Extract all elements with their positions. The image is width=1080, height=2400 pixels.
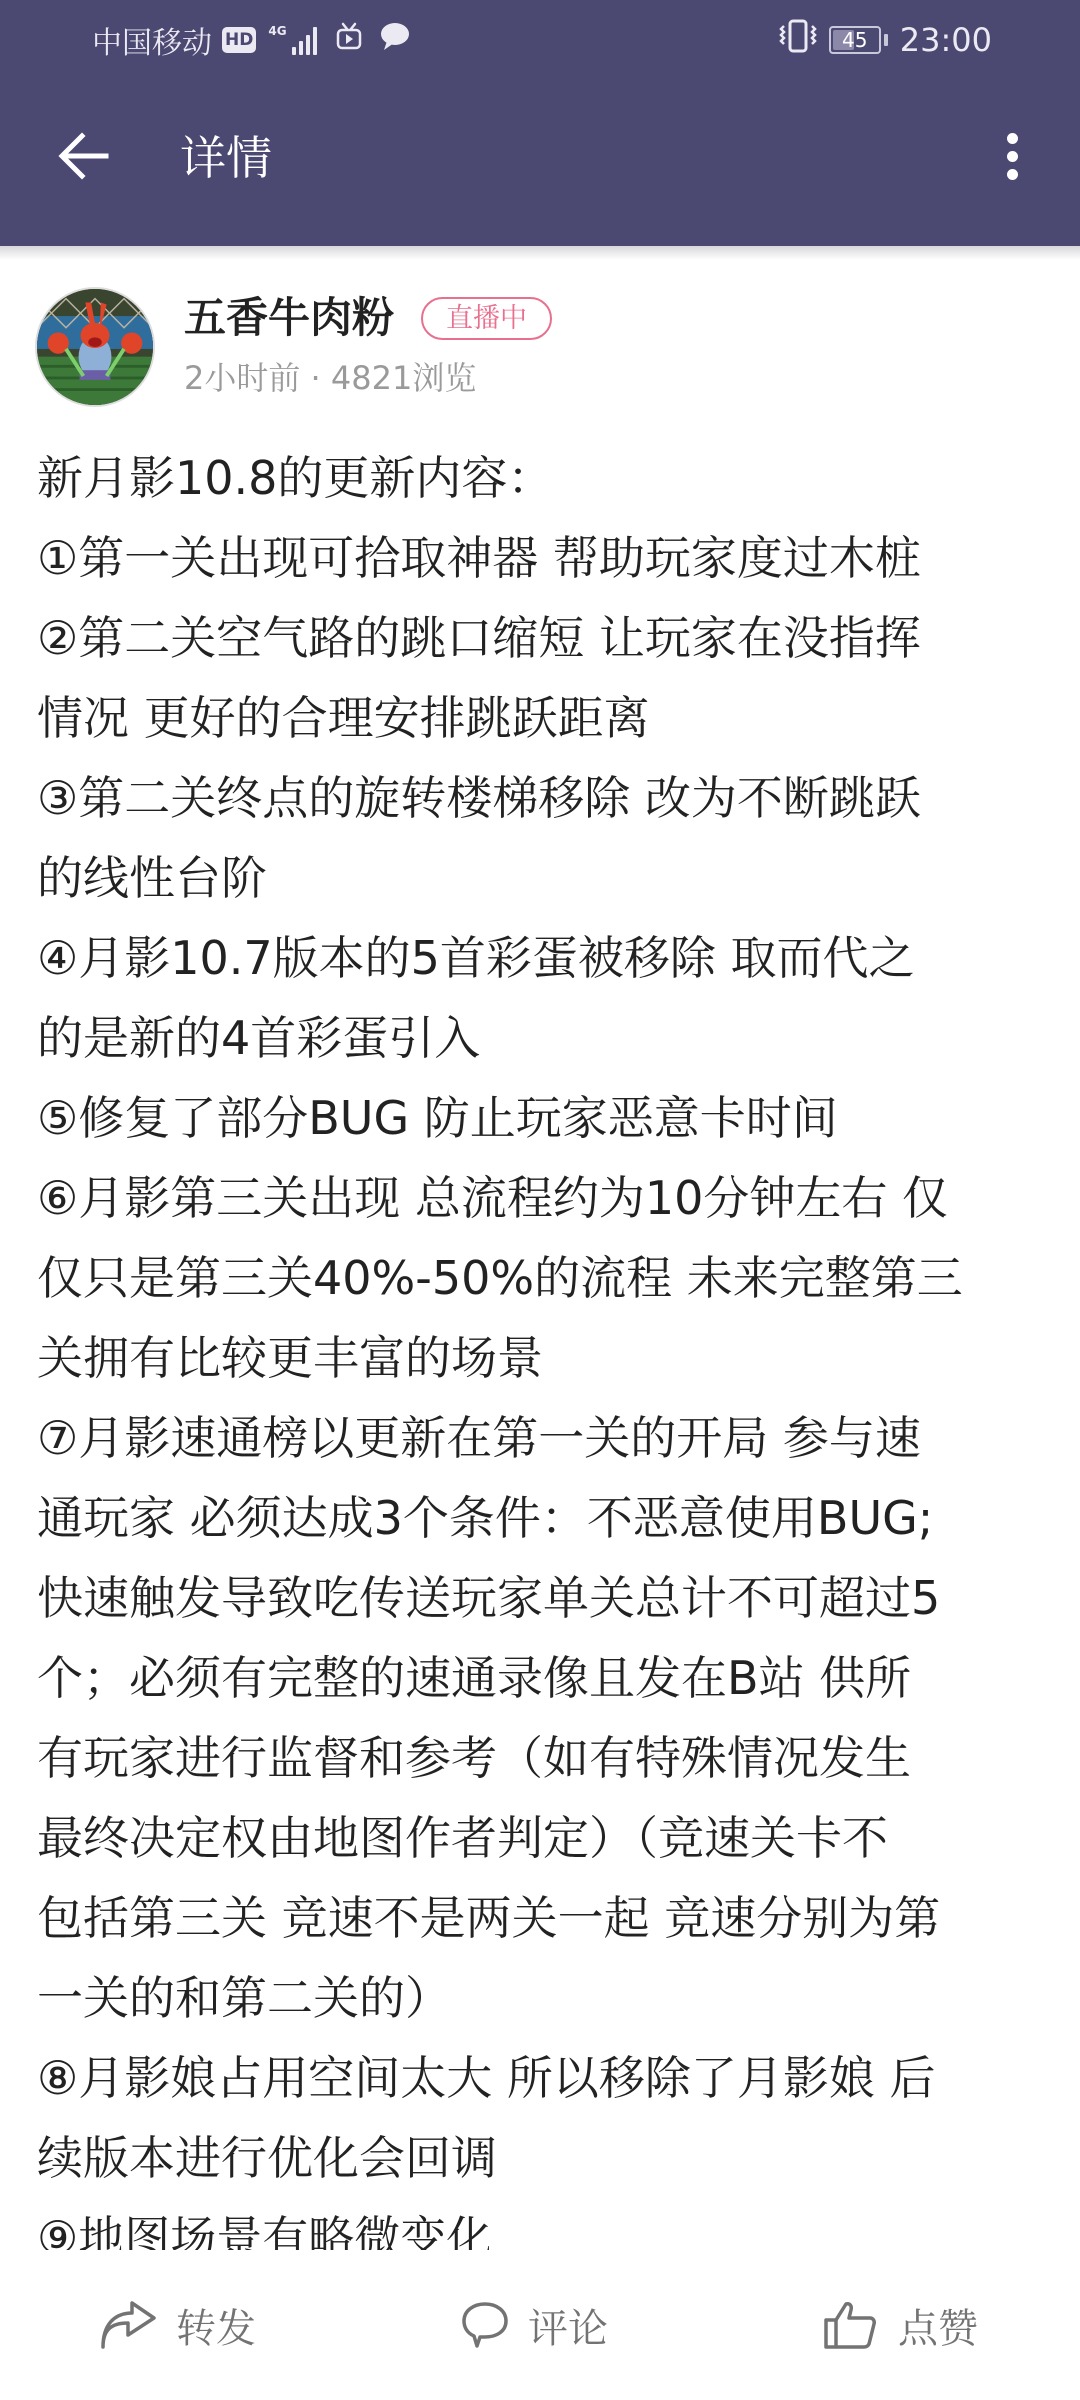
signal-icon: 4G [268, 25, 317, 55]
post-line: 的线性台阶 [37, 838, 1047, 918]
carrier-name: 中国移动 [92, 18, 212, 62]
author-name[interactable]: 五香牛肉粉 [184, 290, 394, 346]
author-header: 五香牛肉粉 直播中 2小时前 · 4821浏览 [0, 270, 1080, 420]
status-bar: 中国移动 HD 4G [0, 0, 1080, 80]
status-bar-right: 45 23:00 [779, 20, 992, 60]
post-line: 的是新的4首彩蛋引入 [37, 998, 1047, 1078]
like-label: 点赞 [898, 2297, 978, 2354]
post-body: 新月影10.8的更新内容： ①第一关出现可拾取神器 帮助玩家度过木桩 ②第二关空… [37, 438, 1047, 2250]
like-button[interactable]: 点赞 [822, 2300, 978, 2350]
post-time: 2小时前 [184, 359, 300, 397]
post-line: ⑨地图场景有略微变化 [37, 2198, 1047, 2250]
avatar[interactable] [35, 287, 155, 407]
post-line: ②第二关空气路的跳口缩短 让玩家在没指挥 [37, 598, 1047, 678]
post-line: 包括第三关 竞速不是两关一起 竞速分别为第 [37, 1878, 1047, 1958]
vibrate-icon [779, 18, 817, 62]
arrow-left-icon [58, 132, 110, 180]
post-line: ①第一关出现可拾取神器 帮助玩家度过木桩 [37, 518, 1047, 598]
hd-icon: HD [222, 27, 256, 53]
header-shadow [0, 246, 1080, 260]
comment-icon [460, 2300, 510, 2350]
post-line: 仅只是第三关40%-50%的流程 未来完整第三 [37, 1238, 1047, 1318]
thumbs-up-icon [822, 2300, 880, 2350]
live-status-badge[interactable]: 直播中 [421, 297, 552, 340]
post-line: ⑦月影速通榜以更新在第一关的开局 参与速 [37, 1398, 1047, 1478]
post-line: 关拥有比较更丰富的场景 [37, 1318, 1047, 1398]
post-line: 最终决定权由地图作者判定）（竞速关卡不 [37, 1798, 1047, 1878]
post-line: ④月影10.7版本的5首彩蛋被移除 取而代之 [37, 918, 1047, 998]
post-line: ⑥月影第三关出现 总流程约为10分钟左右 仅 [37, 1158, 1047, 1238]
post-line: 个；必须有完整的速通录像且发在B站 供所 [37, 1638, 1047, 1718]
battery-icon: 45 [829, 26, 888, 54]
post-line: 情况 更好的合理安排跳跃距离 [37, 678, 1047, 758]
post-line: ⑤修复了部分BUG 防止玩家恶意卡时间 [37, 1078, 1047, 1158]
back-button[interactable] [44, 116, 124, 196]
app-bar: 详情 [0, 80, 1080, 246]
post-meta: 2小时前 · 4821浏览 [184, 356, 476, 400]
top-bar: 中国移动 HD 4G [0, 0, 1080, 246]
network-type: 4G [268, 25, 286, 37]
post-line: 一关的和第二关的） [37, 1958, 1047, 2038]
message-bubble-icon [379, 21, 411, 59]
comment-label: 评论 [528, 2297, 608, 2354]
meta-separator: · [300, 359, 331, 397]
view-count: 4821浏览 [331, 359, 476, 397]
post-line: 续版本进行优化会回调 [37, 2118, 1047, 2198]
more-options-button[interactable] [980, 116, 1044, 196]
more-vertical-icon [1007, 133, 1018, 144]
post-line: 有玩家进行监督和参考（如有特殊情况发生 [37, 1718, 1047, 1798]
share-button[interactable]: 转发 [100, 2300, 256, 2350]
cartoon-crab-avatar-icon [37, 289, 153, 405]
comment-button[interactable]: 评论 [460, 2300, 608, 2350]
post-line: ⑧月影娘占用空间太大 所以移除了月影娘 后 [37, 2038, 1047, 2118]
clock: 23:00 [900, 21, 992, 59]
bottom-action-bar: 转发 评论 点赞 [0, 2250, 1080, 2400]
battery-level: 45 [842, 28, 867, 52]
post-line: 通玩家 必须达成3个条件：不恶意使用BUG; [37, 1478, 1047, 1558]
share-icon [100, 2301, 158, 2349]
status-bar-left: 中国移动 HD 4G [92, 20, 411, 60]
share-label: 转发 [176, 2297, 256, 2354]
post-line: ③第二关终点的旋转楼梯移除 改为不断跳跃 [37, 758, 1047, 838]
tv-app-icon [335, 21, 363, 59]
page-title: 详情 [180, 130, 272, 186]
post-line: 快速触发导致吃传送玩家单关总计不可超过5 [37, 1558, 1047, 1638]
post-line: 新月影10.8的更新内容： [37, 438, 1047, 518]
